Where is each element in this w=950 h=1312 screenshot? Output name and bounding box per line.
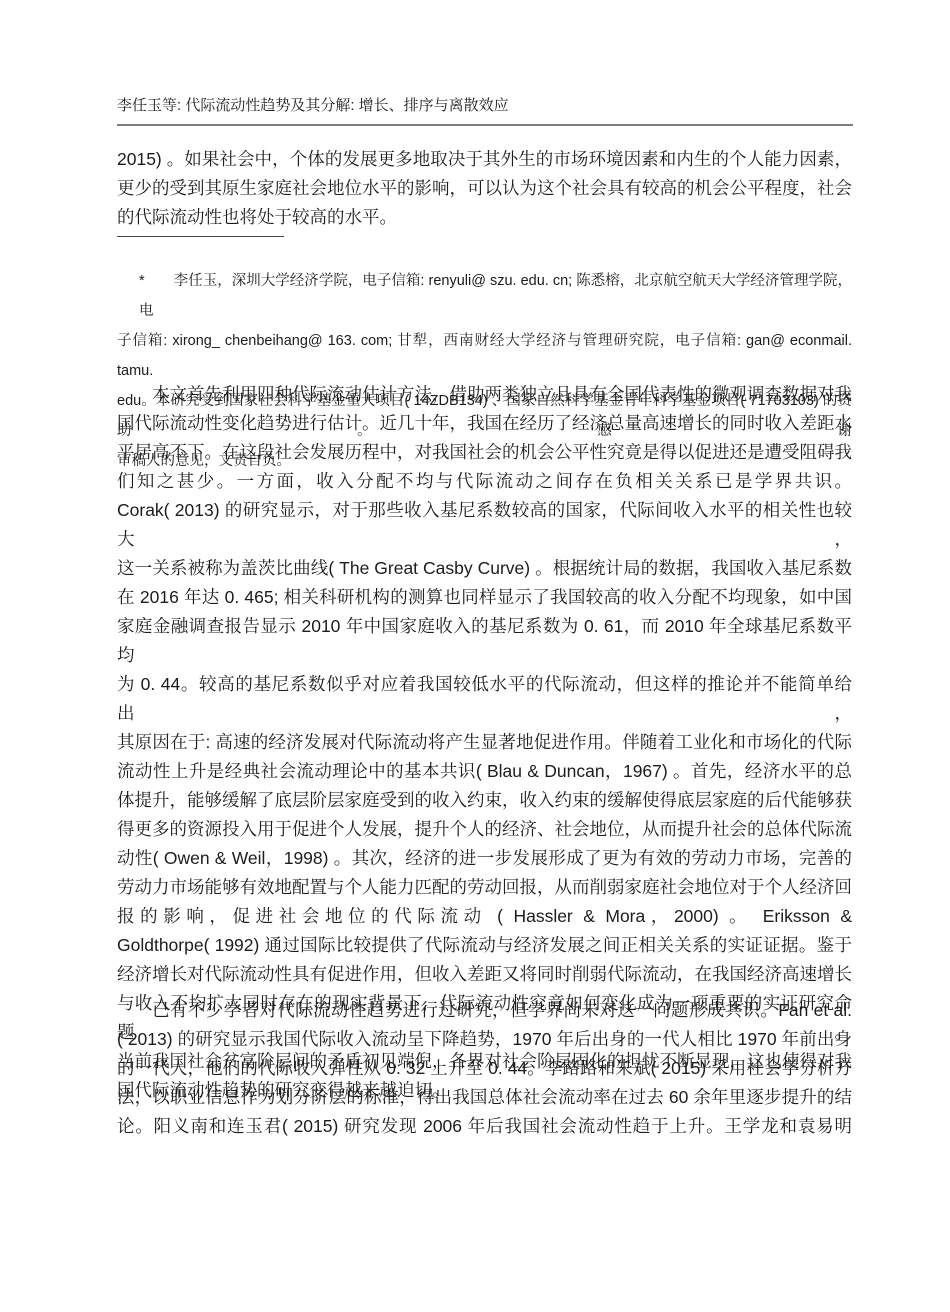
running-header: 李任玉等: 代际流动性趋势及其分解: 增长、排序与离散效应 [117,96,852,116]
text-line: 已有不少学者对代际流动性趋势进行过研究，但学界尚未对这一问题形成共识。Fan e… [117,996,852,1025]
document-page: 李任玉等: 代际流动性趋势及其分解: 增长、排序与离散效应 2015) 。如果社… [0,0,950,1312]
text-line: 为 0. 44。较高的基尼系数似乎对应着我国较低水平的代际流动，但这样的推论并不… [117,670,852,728]
text-line: 平居高不下。在这段社会发展历程中，对我国社会的机会公平性究竟是得以促进还是遭受阻… [117,438,852,467]
text-line: 们知之甚少。一方面，收入分配不均与代际流动之间存在负相关关系已是学界共识。 [117,467,852,496]
text-line: 动性( Owen & Weil，1998) 。其次，经济的进一步发展形成了更为有… [117,844,852,873]
text-line: Goldthorpe( 1992) 通过国际比较提供了代际流动与经济发展之间正相… [117,931,852,960]
text-line: 论。阳义南和连玉君( 2015) 研究发现 2006 年后我国社会流动性趋于上升… [117,1112,852,1141]
body-paragraph-2: 已有不少学者对代际流动性趋势进行过研究，但学界尚未对这一问题形成共识。Fan e… [117,996,852,1141]
text-line: 的代际流动性也将处于较高的水平。 [117,203,852,232]
text-line: 这一关系被称为盖茨比曲线( The Great Casby Curve) 。根据… [117,554,852,583]
text-line: 本文首先利用四种代际流动估计方法，借助两类独立且具有全国代表性的微观调查数据对我 [117,380,852,409]
text-line: 流动性上升是经典社会流动理论中的基本共识( Blau & Duncan，1967… [117,757,852,786]
text-line: 更少的受到其原生家庭社会地位水平的影响，可以认为这个社会具有较高的机会公平程度，… [117,174,852,203]
text-line: 劳动力市场能够有效地配置与个人能力匹配的劳动回报，从而削弱家庭社会地位对于个人经… [117,873,852,902]
footnote-divider-rule [117,236,284,237]
text-line: Corak( 2013) 的研究显示，对于那些收入基尼系数较高的国家，代际间收入… [117,496,852,554]
paragraph-continued: 2015) 。如果社会中，个体的发展更多地取决于其外生的市场环境因素和内生的个人… [117,145,852,232]
text-line: 2015) 。如果社会中，个体的发展更多地取决于其外生的市场环境因素和内生的个人… [117,145,852,174]
text-line: 报的影响，促进社会地位的代际流动 ( Hassler & Mora，2000) … [117,902,852,931]
text-line: ( 2013) 的研究显示我国代际收入流动呈下降趋势，1970 年后出身的一代人… [117,1025,852,1054]
text-line: 子信箱: xirong_ chenbeihang@ 163. com; 甘犁，西… [117,326,852,386]
text-line: * 李任玉，深圳大学经济学院，电子信箱: renyuli@ szu. edu. … [117,266,852,326]
header-rule [117,124,853,126]
text-line: 在 2016 年达 0. 465; 相关科研机构的测算也同样显示了我国较高的收入… [117,583,852,612]
text-line: 法，以职业信息作为划分阶层的标准，得出我国总体社会流动率在过去 60 余年里逐步… [117,1083,852,1112]
text-line: 家庭金融调查报告显示 2010 年中国家庭收入的基尼系数为 0. 61，而 20… [117,612,852,670]
text-line: 体提升，能够缓解了底层阶层家庭受到的收入约束，收入约束的缓解使得底层家庭的后代能… [117,786,852,815]
text-line: 国代际流动性变化趋势进行估计。近几十年，我国在经历了经济总量高速增长的同时收入差… [117,409,852,438]
text-line: 其原因在于: 高速的经济发展对代际流动将产生显著地促进作用。伴随着工业化和市场化… [117,728,852,757]
text-line: 经济增长对代际流动性具有促进作用，但收入差距又将同时削弱代际流动，在我国经济高速… [117,960,852,989]
text-line: 得更多的资源投入用于促进个人发展，提升个人的经济、社会地位，从而提升社会的总体代… [117,815,852,844]
text-line: 的一代人，他们的代际收入弹性从 0. 32 上升至 0. 44。李路路和朱斌( … [117,1054,852,1083]
